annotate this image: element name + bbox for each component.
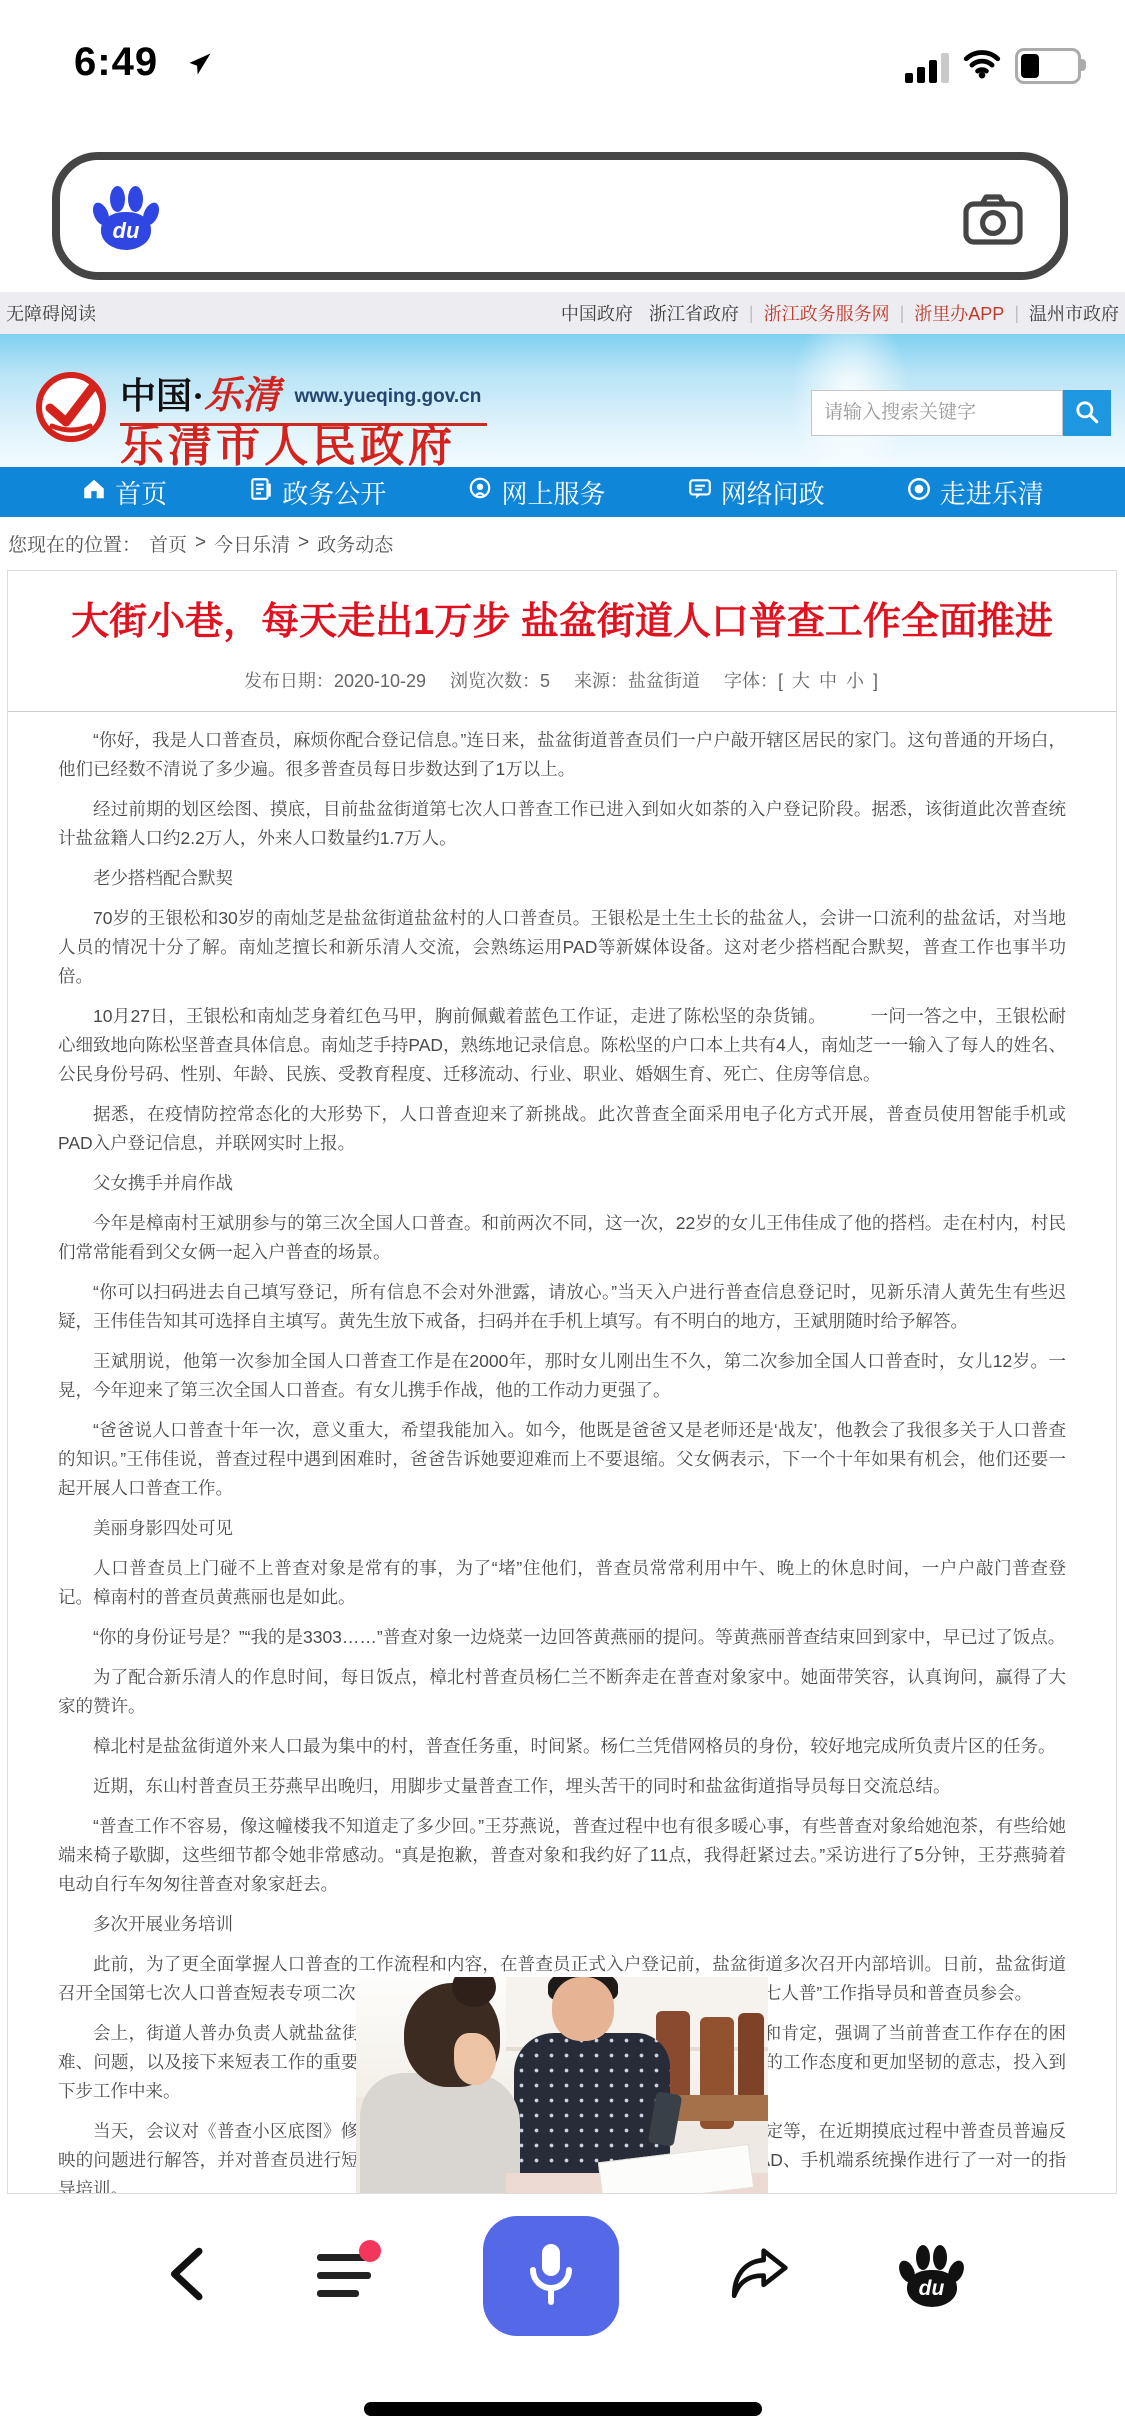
article-paragraph: 10月27日，王银松和南灿芝身着红色马甲，胸前佩戴着蓝色工作证，走进了陈松坚的杂…	[58, 1002, 1066, 1089]
article-subheading: 多次开展业务培训	[58, 1910, 1066, 1939]
breadcrumb-link-dynamics[interactable]: 政务动态	[317, 530, 393, 557]
article-source: 来源：盐盆街道	[574, 667, 700, 693]
voice-search-button[interactable]	[483, 2216, 619, 2336]
publish-date: 发布日期：2020-10-29	[244, 667, 426, 693]
home-icon	[81, 476, 107, 509]
site-header: 中国·乐清 www.yueqing.gov.cn 乐清市人民政府	[0, 334, 1125, 467]
broadcast-icon	[467, 476, 493, 509]
article-meta: 发布日期：2020-10-29 浏览次数：5 来源：盐盆街道 字体：[ 大 中 …	[8, 667, 1116, 693]
quick-link-separator: |	[1014, 303, 1019, 324]
browser-toolbar: du	[0, 2194, 1125, 2436]
site-name: 乐清市人民政府	[120, 410, 456, 467]
quick-link-separator: |	[900, 303, 905, 324]
site-search-input[interactable]	[811, 390, 1063, 436]
quick-link-zheliban-app[interactable]: 浙里办APP	[914, 300, 1004, 326]
article-paragraph: “你的身份证号是？”“我的是3303……”普查对象一边烧菜一边回答黄燕丽的提问。…	[58, 1623, 1066, 1652]
article-subheading: 父女携手并肩作战	[58, 1169, 1066, 1198]
nav-item-label: 网上服务	[501, 474, 605, 511]
home-indicator[interactable]	[364, 2402, 762, 2416]
quick-link-zhejiang-gov[interactable]: 浙江省政府	[649, 300, 739, 326]
quick-links-bar: 无障碍阅读 中国政府浙江省政府|浙江政务服务网|浙里办APP|温州市政府	[0, 292, 1125, 334]
view-count: 浏览次数：5	[450, 667, 550, 693]
document-icon	[248, 476, 274, 509]
nav-item-online-services[interactable]: 网上服务	[467, 474, 605, 511]
font-size-control: 字体：[ 大 中 小 ]	[724, 667, 880, 693]
article-body: “你好，我是人口普查员，麻烦你配合登记信息。”连日来，盐盆街道普查员们一户户敲开…	[8, 712, 1116, 2195]
article-photo	[356, 1977, 768, 2193]
quick-link-separator: |	[749, 303, 754, 324]
site-url: www.yueqing.gov.cn	[295, 386, 482, 407]
quick-link-wenzhou-gov[interactable]: 温州市政府	[1029, 300, 1119, 326]
wifi-icon	[963, 49, 1001, 84]
clock-time: 6:49	[74, 40, 158, 85]
nav-item-net-politics[interactable]: 网络问政	[687, 474, 825, 511]
breadcrumb-prefix: 您现在的位置：	[8, 530, 141, 557]
article-subheading: 美丽身影四处可见	[58, 1514, 1066, 1543]
nav-item-label: 网络问政	[721, 474, 825, 511]
font-size-label: 字体：	[724, 671, 778, 691]
nav-item-label: 首页	[115, 474, 167, 511]
article-paragraph: 今年是樟南村王斌朋参与的第三次全国人口普查。和前两次不同，这一次，22岁的女儿王…	[58, 1209, 1066, 1267]
notification-badge	[359, 2240, 381, 2262]
baidu-search-bar[interactable]: du	[52, 152, 1068, 280]
article-paragraph: 70岁的王银松和30岁的南灿芝是盐盆街道盐盆村的人口普查员。王银松是土生土长的盐…	[58, 904, 1066, 991]
article-paragraph: “普查工作不容易，像这幢楼我不知道走了多少回。”王芬燕说，普查过程中也有很多暖心…	[58, 1812, 1066, 1899]
quick-link-china-gov[interactable]: 中国政府	[561, 300, 633, 326]
quick-link-zhejiang-services[interactable]: 浙江政务服务网	[764, 300, 890, 326]
baidu-home-button[interactable]: du	[900, 2245, 964, 2307]
menu-button[interactable]	[317, 2252, 373, 2300]
microphone-icon	[519, 2238, 583, 2315]
breadcrumb: 您现在的位置： 首页 > 今日乐清 > 政务动态	[8, 517, 1117, 569]
article-paragraph: 人口普查员上门碰不上普查对象是常有的事，为了“堵”住他们，普查员常常利用中午、晚…	[58, 1554, 1066, 1612]
baidu-logo-icon: du	[94, 186, 158, 250]
article-paragraph: 据悉，在疫情防控常态化的大形势下，人口普查迎来了新挑战。此次普查全面采用电子化方…	[58, 1100, 1066, 1158]
gov-quick-links: 中国政府浙江省政府|浙江政务服务网|浙里办APP|温州市政府	[561, 300, 1119, 326]
nav-item-label: 走进乐清	[940, 474, 1044, 511]
site-search	[811, 390, 1111, 436]
main-nav: 首页政务公开网上服务网络问政走进乐清	[0, 467, 1125, 517]
breadcrumb-link-today[interactable]: 今日乐清	[214, 530, 290, 557]
breadcrumb-separator: >	[195, 532, 206, 554]
battery-icon	[1015, 48, 1081, 84]
font-size-options[interactable]: [ 大 中 小 ]	[778, 671, 880, 691]
location-arrow-icon	[186, 50, 214, 83]
article-title: 大街小巷，每天走出1万步 盐盆街道人口普查工作全面推进	[44, 599, 1080, 647]
cellular-signal-icon	[905, 49, 949, 83]
site-search-button[interactable]	[1063, 390, 1111, 436]
nav-item-label: 政务公开	[282, 474, 386, 511]
status-bar: 6:49	[0, 0, 1125, 110]
article-subheading: 老少搭档配合默契	[58, 864, 1066, 893]
article-paragraph: 经过前期的划区绘图、摸底，目前盐盆街道第七次人口普查工作已进入到如火如荼的入户登…	[58, 795, 1066, 853]
article-paragraph: 王斌朋说，他第一次参加全国人口普查工作是在2000年，那时女儿刚出生不久，第二次…	[58, 1347, 1066, 1405]
article-paragraph: “你好，我是人口普查员，麻烦你配合登记信息。”连日来，盐盆街道普查员们一户户敲开…	[58, 726, 1066, 784]
share-button[interactable]	[728, 2245, 790, 2308]
phone-screen: 6:49 du	[0, 0, 1125, 2436]
article-paragraph: “你可以扫码进去自己填写登记，所有信息不会对外泄露，请放心。”当天入户进行普查信…	[58, 1278, 1066, 1336]
nav-item-home[interactable]: 首页	[81, 474, 167, 511]
breadcrumb-separator: >	[298, 532, 309, 554]
article-paragraph: “爸爸说人口普查十年一次，意义重大，希望我能加入。如今，他既是爸爸又是老师还是‘…	[58, 1416, 1066, 1503]
nav-item-gov-affairs[interactable]: 政务公开	[248, 474, 386, 511]
target-icon	[906, 476, 932, 509]
article-card: 大街小巷，每天走出1万步 盐盆街道人口普查工作全面推进 发布日期：2020-10…	[7, 570, 1117, 2194]
magnifier-icon	[1074, 399, 1100, 428]
article-paragraph: 樟北村是盐盆街道外来人口最为集中的村，普查任务重，时间紧。杨仁兰凭借网格员的身份…	[58, 1732, 1066, 1761]
back-button[interactable]	[162, 2246, 208, 2307]
accessibility-link[interactable]: 无障碍阅读	[6, 300, 96, 326]
status-icons	[905, 48, 1081, 84]
camera-icon[interactable]	[960, 192, 1026, 253]
breadcrumb-link-home[interactable]: 首页	[149, 530, 187, 557]
article-paragraph: 近期，东山村普查员王芬燕早出晚归，用脚步丈量普查工作，埋头苦干的同时和盐盆街道指…	[58, 1772, 1066, 1801]
site-logo-emblem-icon[interactable]	[34, 370, 108, 449]
article-paragraph: 为了配合新乐清人的作息时间，每日饭点，樟北村普查员杨仁兰不断奔走在普查对象家中。…	[58, 1663, 1066, 1721]
chat-icon	[687, 476, 713, 509]
nav-item-about-yueqing[interactable]: 走进乐清	[906, 474, 1044, 511]
